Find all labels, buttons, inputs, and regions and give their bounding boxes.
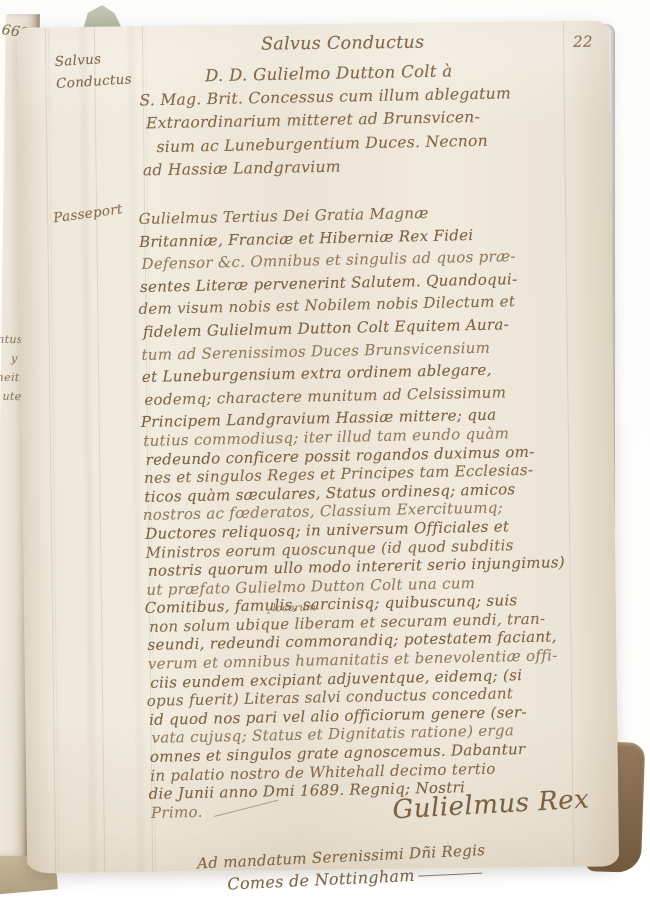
margin-rule-line [45,27,56,873]
margin-rule-line [94,27,105,873]
countersignature-name: Comes de Nottingham [227,866,415,894]
interlined-insertion: locorum [267,602,317,614]
manuscript-page: 22 Salvus Conductus Passeport Salvus Con… [17,20,619,873]
pen-underline [419,873,483,877]
body-text: Gulielmus Tertius Dei Gratia MagnæBritan… [138,201,568,822]
margin-note-salvus-conductus: Salvus Conductus [54,46,132,95]
heading-block: D. D. Gulielmo Dutton Colt àS. Mag. Brit… [139,60,513,185]
margin-note-passport: Passeport [52,201,123,226]
document-title: Salvus Conductus [261,33,425,55]
margin-note-line: Conductus [55,68,132,95]
folio-number: 22 [573,33,593,51]
